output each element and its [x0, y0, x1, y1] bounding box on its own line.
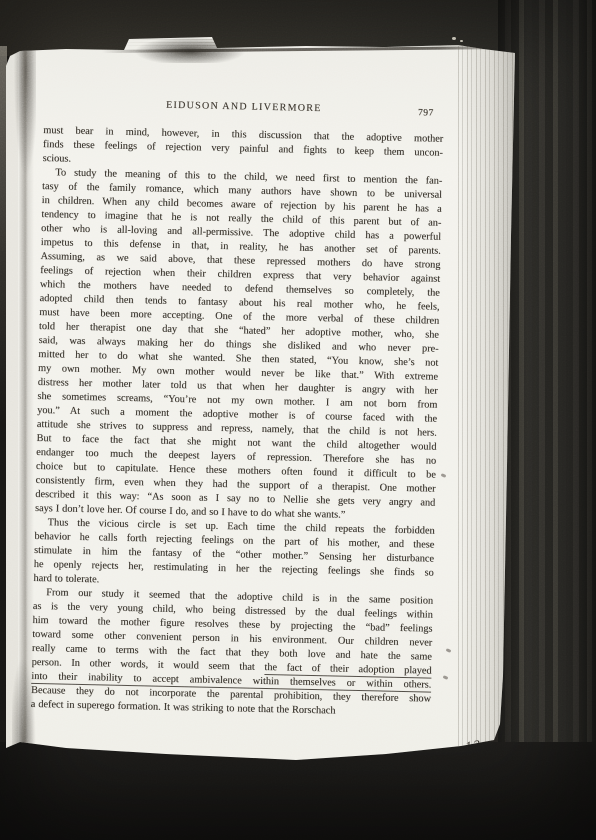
- page-title: EIDUSON AND LIVERMORE: [166, 100, 322, 114]
- scan-speck: [460, 40, 463, 42]
- paragraph: To study the meaning of this to the chil…: [35, 166, 443, 525]
- binding-crease-shadow-top: [14, 44, 36, 174]
- book-page: EIDUSON AND LIVERMORE 797 must bear in m…: [6, 36, 518, 772]
- page-number: 797: [418, 106, 434, 120]
- scanned-paper-photocopy: EIDUSON AND LIVERMORE 797 must bear in m…: [0, 0, 596, 840]
- scan-speck: [452, 37, 456, 40]
- printed-text-block: EIDUSON AND LIVERMORE 797 must bear in m…: [31, 96, 444, 721]
- text-body: must bear in mind, however, in this disc…: [31, 124, 444, 721]
- running-head: EIDUSON AND LIVERMORE 797: [44, 96, 444, 125]
- film-edge-artifact: [0, 46, 7, 426]
- paragraph: Thus the vicious circle is set up. Each …: [33, 516, 434, 595]
- paragraph: From our study it seemed that the adopti…: [31, 586, 434, 721]
